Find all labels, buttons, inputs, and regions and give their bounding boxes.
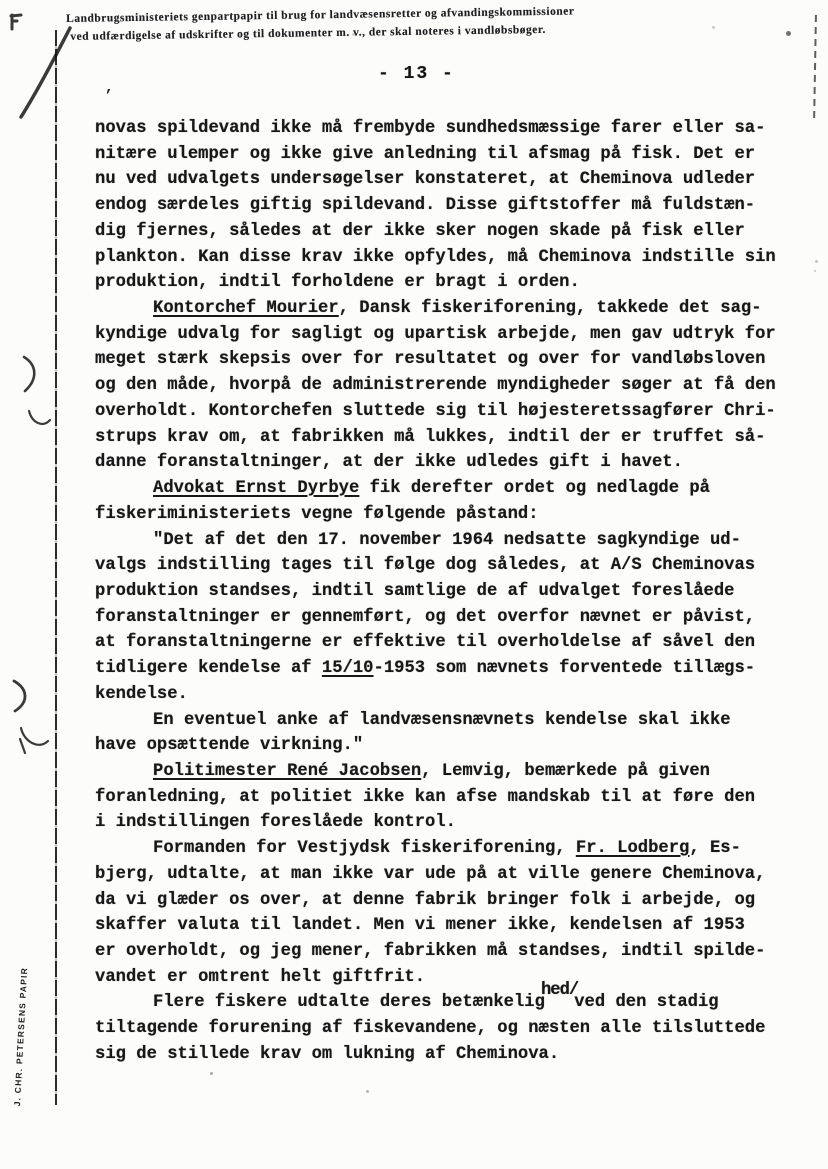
- text-run: dig fjernes, således at der ikke sker no…: [95, 222, 745, 241]
- document-line: kendelse.: [95, 682, 785, 708]
- document-line: meget stærk skepsis over for resultatet …: [95, 347, 785, 373]
- document-line: fiskeriministeriets vegne følgende påsta…: [95, 502, 785, 528]
- document-line: i indstillingen foreslåede kontrol.: [95, 810, 785, 836]
- document-line: tidligere kendelse af 15/10-1953 som næv…: [95, 656, 785, 682]
- text-run: ved den stadig: [574, 993, 718, 1012]
- text-run: nu ved udvalgets undersøgelser konstater…: [95, 170, 755, 189]
- underlined-name: Politimester René Jacobsen: [153, 762, 421, 781]
- document-line: vandet er omtrent helt giftfrit.: [95, 965, 785, 991]
- text-run: produktion, indtil forholdene er bragt i…: [95, 273, 580, 292]
- document-line: og den måde, hvorpå de administrerende m…: [95, 373, 785, 399]
- document-line: sig de stillede krav om lukning af Chemi…: [95, 1042, 785, 1068]
- ink-speck: [814, 270, 816, 272]
- text-run: meget stærk skepsis over for resultatet …: [95, 350, 765, 369]
- text-run: -1953 som nævnets forventede tillægs-: [374, 659, 756, 678]
- document-line: Advokat Ernst Dyrbye fik derefter ordet …: [95, 476, 785, 502]
- document-line: valgs indstilling tages til følge dog så…: [95, 553, 785, 579]
- text-run: tiltagende forurening af fiskevandene, o…: [95, 1019, 765, 1038]
- text-run: er overholdt, og jeg mener, fabrikken må…: [95, 942, 765, 961]
- ink-speck: [366, 1090, 369, 1093]
- text-run: plankton. Kan disse krav ikke opfyldes, …: [95, 248, 776, 267]
- document-line: produktion, indtil forholdene er bragt i…: [95, 270, 785, 296]
- document-line: er overholdt, og jeg mener, fabrikken må…: [95, 939, 785, 965]
- handwritten-slash-mark: [21, 28, 70, 117]
- text-run: bjerg, udtalte, at man ikke var ude på a…: [95, 865, 765, 884]
- text-run: kendelse.: [95, 685, 188, 704]
- margin-paren-mark-2: [14, 681, 25, 711]
- document-line: da vi glæder os over, at denne fabrik br…: [95, 888, 785, 914]
- text-run: sig de stillede krav om lukning af Chemi…: [95, 1045, 559, 1064]
- text-run: overholdt. Kontorchefen sluttede sig til…: [95, 402, 776, 421]
- document-line: Formanden for Vestjydsk fiskeriforening,…: [95, 836, 785, 862]
- text-run: at foranstaltningerne er effektive til o…: [95, 633, 755, 652]
- document-line: endog særdeles giftig spildevand. Disse …: [95, 193, 785, 219]
- underlined-name: Kontorchef Mourier: [153, 299, 339, 318]
- document-line: tiltagende forurening af fiskevandene, o…: [95, 1016, 785, 1042]
- text-run: "Det af det den 17. november 1964 nedsat…: [153, 531, 741, 550]
- ink-speck: [712, 26, 715, 29]
- document-line: Kontorchef Mourier, Dansk fiskeriforenin…: [95, 296, 785, 322]
- document-line: overholdt. Kontorchefen sluttede sig til…: [95, 399, 785, 425]
- document-line: dig fjernes, således at der ikke sker no…: [95, 219, 785, 245]
- underlined-name: Advokat Ernst Dyrbye: [153, 479, 359, 498]
- text-run: Flere fiskere udtalte deres betænkelig: [153, 993, 545, 1012]
- document-body: novas spildevand ikke må frembyde sundhe…: [95, 116, 785, 1068]
- ink-speck: [210, 1072, 213, 1075]
- text-run: endog særdeles giftig spildevand. Disse …: [95, 196, 755, 215]
- document-line: at foranstaltningerne er effektive til o…: [95, 630, 785, 656]
- text-run: da vi glæder os over, at denne fabrik br…: [95, 891, 755, 910]
- text-run: kyndige udvalg for sagligt og upartisk a…: [95, 325, 776, 344]
- margin-curve-mark-1: [29, 411, 50, 424]
- text-run: foranledning, at politiet ikke kan afse …: [95, 788, 755, 807]
- document-line: produktion standses, indtil samtlige de …: [95, 579, 785, 605]
- document-line: bjerg, udtalte, at man ikke var ude på a…: [95, 862, 785, 888]
- text-run: nitære ulemper og ikke give anledning ti…: [95, 145, 755, 164]
- document-line: strups krav om, at fabrikken må lukkes, …: [95, 425, 785, 451]
- text-run: En eventuel anke af landvæsensnævnets ke…: [153, 711, 731, 730]
- text-run: danne foranstaltninger, at der ikke udle…: [95, 453, 683, 472]
- text-run: , Dansk fiskeriforening, takkede det sag…: [339, 299, 762, 318]
- document-line: skaffer valuta til landet. Men vi mener …: [95, 913, 785, 939]
- text-run: tidligere kendelse af: [95, 659, 322, 678]
- document-line: Politimester René Jacobsen, Lemvig, bemæ…: [95, 759, 785, 785]
- underlined-name: Fr. Lodberg: [576, 839, 689, 858]
- text-run: produktion standses, indtil samtlige de …: [95, 582, 734, 601]
- ink-speck: [815, 260, 818, 263]
- underlined-name: 15/10: [322, 659, 374, 678]
- text-run: , Lemvig, bemærkede på given: [421, 762, 710, 781]
- text-run: vandet er omtrent helt giftfrit.: [95, 968, 425, 987]
- text-run: novas spildevand ikke må frembyde sundhe…: [95, 119, 765, 138]
- text-run: valgs indstilling tages til følge dog så…: [95, 556, 755, 575]
- text-run: skaffer valuta til landet. Men vi mener …: [95, 916, 745, 935]
- text-run: foranstaltninger er gennemført, og det o…: [95, 608, 755, 627]
- page-number: - 13 -: [378, 64, 455, 84]
- ink-speck-apostrophe: ’: [104, 88, 113, 105]
- text-run: fik derefter ordet og nedlagde på: [359, 479, 710, 498]
- text-run: fiskeriministeriets vegne følgende påsta…: [95, 505, 539, 524]
- inserted-correction: hed/: [541, 981, 578, 1000]
- document-line: plankton. Kan disse krav ikke opfyldes, …: [95, 245, 785, 271]
- left-margin-rule: [55, 30, 57, 1105]
- text-run: , Es-: [689, 839, 741, 858]
- document-line: foranledning, at politiet ikke kan afse …: [95, 785, 785, 811]
- text-run: og den måde, hvorpå de administrerende m…: [95, 376, 776, 395]
- document-line: nu ved udvalgets undersøgelser konstater…: [95, 167, 785, 193]
- text-run: have opsættende virkning.": [95, 736, 363, 755]
- margin-paren-mark-1: [24, 357, 34, 391]
- document-line: "Det af det den 17. november 1964 nedsat…: [95, 528, 785, 554]
- text-run: Formanden for Vestjydsk fiskeriforening,: [153, 839, 576, 858]
- document-line: foranstaltninger er gennemført, og det o…: [95, 605, 785, 631]
- document-line: danne foranstaltninger, at der ikke udle…: [95, 450, 785, 476]
- scanned-document-page: Landbrugsministeriets genpartpapir til b…: [0, 0, 828, 1169]
- document-line: nitære ulemper og ikke give anledning ti…: [95, 142, 785, 168]
- document-line: Flere fiskere udtalte deres betænkelighe…: [95, 990, 785, 1016]
- ink-speck: [786, 31, 791, 36]
- document-line: novas spildevand ikke må frembyde sundhe…: [95, 116, 785, 142]
- document-line: En eventuel anke af landvæsensnævnets ke…: [95, 708, 785, 734]
- document-line: have opsættende virkning.": [95, 733, 785, 759]
- corner-registration-mark: [11, 15, 21, 29]
- margin-curve-mark-2: [20, 728, 48, 753]
- text-run: strups krav om, at fabrikken må lukkes, …: [95, 428, 765, 447]
- text-run: i indstillingen foreslåede kontrol.: [95, 813, 456, 832]
- ink-speck: [352, 33, 355, 36]
- document-line: kyndige udvalg for sagligt og upartisk a…: [95, 322, 785, 348]
